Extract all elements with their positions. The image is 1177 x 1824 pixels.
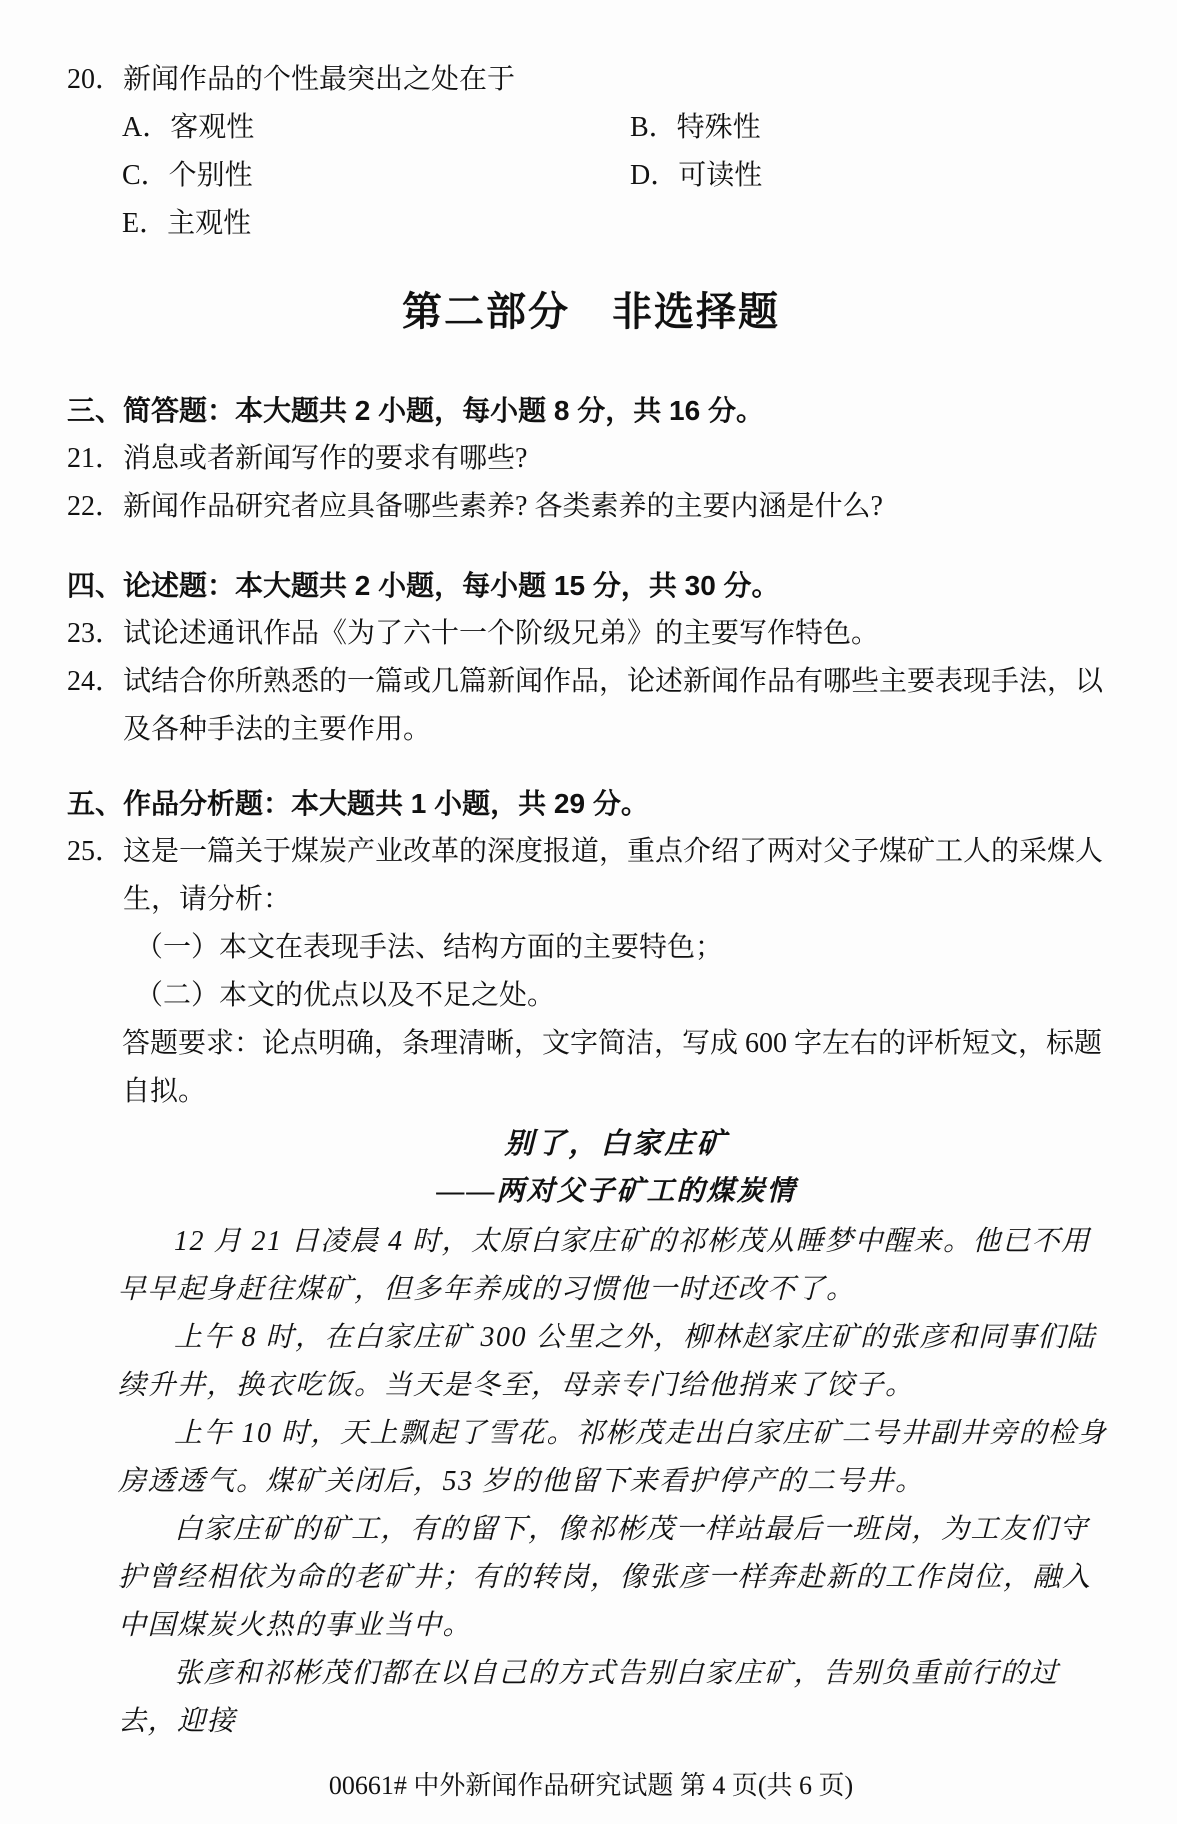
question-23-text: 试论述通讯作品《为了六十一个阶级兄弟》的主要写作特色。 xyxy=(123,610,1115,658)
answer-requirements: 答题要求：论点明确，条理清晰，文字简洁，写成 600 字左右的评析短文，标题自拟… xyxy=(122,1020,1115,1116)
question-20-number: 20． xyxy=(67,56,123,104)
question-23: 23． 试论述通讯作品《为了六十一个阶级兄弟》的主要写作特色。 xyxy=(67,610,1115,658)
part-two-title: 第二部分 非选择题 xyxy=(67,285,1115,339)
option-c: C．个别性 xyxy=(122,152,630,200)
question-25-subitem-1: （一）本文在表现手法、结构方面的主要特色； xyxy=(135,924,1115,972)
option-a: A．客观性 xyxy=(122,104,630,152)
question-20: 20． 新闻作品的个性最突出之处在于 xyxy=(67,56,1115,104)
article-body: 12 月 21 日凌晨 4 时，太原白家庄矿的祁彬茂从睡梦中醒来。他已不用早早起… xyxy=(118,1218,1115,1746)
article-paragraph-3: 上午 10 时，天上飘起了雪花。祁彬茂走出白家庄矿二号井副井旁的检身房透透气。煤… xyxy=(118,1410,1115,1506)
section-five-number: 五、 xyxy=(67,780,123,828)
section-five-text: 作品分析题：本大题共 1 小题，共 29 分。 xyxy=(123,780,1115,828)
question-21-text: 消息或者新闻写作的要求有哪些? xyxy=(123,435,1115,483)
option-e: E．主观性 xyxy=(122,200,630,248)
page-footer: 00661# 中外新闻作品研究试题 第 4 页(共 6 页) xyxy=(67,1768,1115,1804)
question-25-subitem-2: （二）本文的优点以及不足之处。 xyxy=(135,972,1115,1020)
article-title: 别了，白家庄矿 xyxy=(118,1120,1115,1168)
question-24-number: 24． xyxy=(67,658,123,754)
question-22-text: 新闻作品研究者应具备哪些素养? 各类素养的主要内涵是什么? xyxy=(123,483,1115,531)
question-24-text: 试结合你所熟悉的一篇或几篇新闻作品，论述新闻作品有哪些主要表现手法，以及各种手法… xyxy=(123,658,1115,754)
section-four-number: 四、 xyxy=(67,562,123,610)
question-21-number: 21． xyxy=(67,435,123,483)
article-paragraph-2: 上午 8 时，在白家庄矿 300 公里之外，柳林赵家庄矿的张彦和同事们陆续升井，… xyxy=(118,1314,1115,1410)
section-analysis-heading: 五、 作品分析题：本大题共 1 小题，共 29 分。 xyxy=(67,780,1115,828)
section-short-answer-heading: 三、 简答题：本大题共 2 小题，每小题 8 分，共 16 分。 xyxy=(67,387,1115,435)
question-23-number: 23． xyxy=(67,610,123,658)
option-b: B．特殊性 xyxy=(630,104,761,152)
question-22-number: 22． xyxy=(67,483,123,531)
question-25-number: 25． xyxy=(67,828,123,924)
article-paragraph-5: 张彦和祁彬茂们都在以自己的方式告别白家庄矿，告别负重前行的过去，迎接 xyxy=(118,1650,1115,1746)
article-paragraph-4: 白家庄矿的矿工，有的留下，像祁彬茂一样站最后一班岗，为工友们守护曾经相依为命的老… xyxy=(118,1506,1115,1650)
question-20-stem: 新闻作品的个性最突出之处在于 xyxy=(123,56,1115,104)
article-subtitle: ——两对父子矿工的煤炭情 xyxy=(118,1168,1115,1216)
section-three-text: 简答题：本大题共 2 小题，每小题 8 分，共 16 分。 xyxy=(123,387,1115,435)
section-three-number: 三、 xyxy=(67,387,123,435)
options-row-ab: A．客观性 B．特殊性 xyxy=(67,104,1115,152)
section-four-text: 论述题：本大题共 2 小题，每小题 15 分，共 30 分。 xyxy=(123,562,1115,610)
question-25-text: 这是一篇关于煤炭产业改革的深度报道，重点介绍了两对父子煤矿工人的采煤人生，请分析… xyxy=(123,828,1115,924)
article-excerpt: 别了，白家庄矿 ——两对父子矿工的煤炭情 12 月 21 日凌晨 4 时，太原白… xyxy=(118,1120,1115,1746)
question-25: 25． 这是一篇关于煤炭产业改革的深度报道，重点介绍了两对父子煤矿工人的采煤人生… xyxy=(67,828,1115,924)
article-paragraph-1: 12 月 21 日凌晨 4 时，太原白家庄矿的祁彬茂从睡梦中醒来。他已不用早早起… xyxy=(118,1218,1115,1314)
question-22: 22． 新闻作品研究者应具备哪些素养? 各类素养的主要内涵是什么? xyxy=(67,483,1115,531)
option-d: D．可读性 xyxy=(630,152,762,200)
options-row-e: E．主观性 xyxy=(67,200,1115,248)
section-essay-heading: 四、 论述题：本大题共 2 小题，每小题 15 分，共 30 分。 xyxy=(67,562,1115,610)
exam-page: 20． 新闻作品的个性最突出之处在于 A．客观性 B．特殊性 C．个别性 D．可… xyxy=(0,0,1177,1824)
question-24: 24． 试结合你所熟悉的一篇或几篇新闻作品，论述新闻作品有哪些主要表现手法，以及… xyxy=(67,658,1115,754)
question-21: 21． 消息或者新闻写作的要求有哪些? xyxy=(67,435,1115,483)
options-row-cd: C．个别性 D．可读性 xyxy=(67,152,1115,200)
